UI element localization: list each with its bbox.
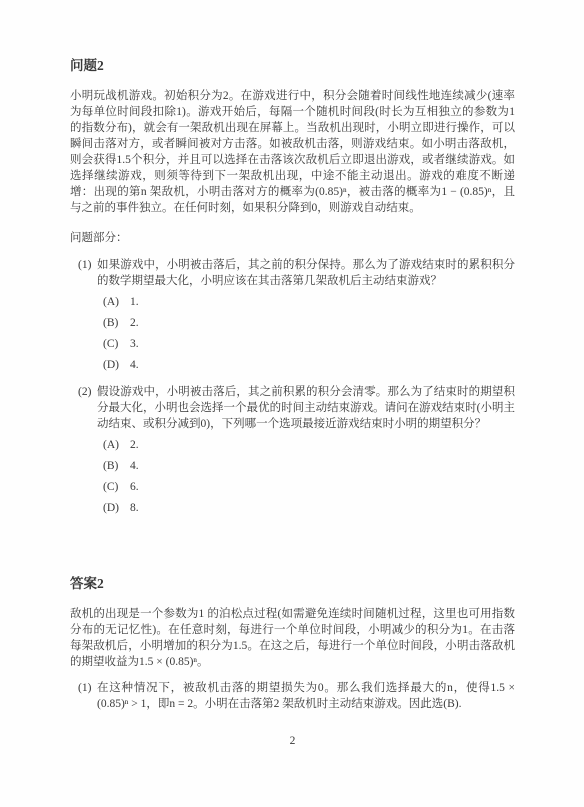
answer-item-1-text: 在这种情况下，被敌机击落的期望损失为0。那么我们选择最大的n，使得1.5 × (… [97, 680, 515, 712]
option-label: (C) [103, 479, 125, 495]
option-label: (C) [103, 336, 125, 352]
question-2-number: (2) [78, 384, 97, 432]
option-value: 2. [130, 437, 139, 453]
option-row: (A) 2. [70, 437, 515, 453]
question-1: (1) 如果游戏中，小明被击落后，其之前的积分保持。那么为了游戏结束时的累积积分… [70, 257, 515, 289]
option-label: (A) [103, 294, 125, 310]
option-value: 6. [130, 479, 139, 495]
answer-item-1: (1) 在这种情况下，被敌机击落的期望损失为0。那么我们选择最大的n，使得1.5… [70, 680, 515, 712]
answer-intro: 敌机的出现是一个参数为1 的泊松点过程(如需避免连续时间随机过程，这里也可用指数… [70, 606, 515, 670]
problem-title: 问题2 [70, 58, 515, 74]
option-value: 1. [130, 294, 139, 310]
option-value: 4. [130, 357, 139, 373]
question-1-number: (1) [78, 257, 97, 289]
option-row: (A) 1. [70, 294, 515, 310]
option-row: (C) 3. [70, 336, 515, 352]
question-1-options: (A) 1. (B) 2. (C) 3. (D) 4. [70, 294, 515, 373]
option-label: (D) [103, 357, 125, 373]
option-row: (D) 4. [70, 357, 515, 373]
option-row: (B) 2. [70, 315, 515, 331]
question-2-options: (A) 2. (B) 4. (C) 6. (D) 8. [70, 437, 515, 516]
option-label: (B) [103, 315, 125, 331]
problem-intro: 小明玩战机游戏。初始积分为2。在游戏进行中，积分会随着时间线性地连续减少(速率为… [70, 88, 515, 216]
option-value: 2. [130, 315, 139, 331]
option-row: (B) 4. [70, 458, 515, 474]
option-label: (B) [103, 458, 125, 474]
question-2-text: 假设游戏中，小明被击落后，其之前积累的积分会清零。那么为了结束时的期望积分最大化… [97, 384, 515, 432]
option-row: (C) 6. [70, 479, 515, 495]
option-row: (D) 8. [70, 500, 515, 516]
document-page: 问题2 小明玩战机游戏。初始积分为2。在游戏进行中，积分会随着时间线性地连续减少… [0, 0, 584, 807]
option-label: (A) [103, 437, 125, 453]
question-1-text: 如果游戏中，小明被击落后，其之前的积分保持。那么为了游戏结束时的累积积分的数学期… [97, 257, 515, 289]
page-number: 2 [70, 733, 515, 749]
answer-item-1-number: (1) [78, 680, 97, 712]
question-section-label: 问题部分： [70, 230, 515, 246]
option-value: 8. [130, 500, 139, 516]
option-value: 4. [130, 458, 139, 474]
option-value: 3. [130, 336, 139, 352]
option-label: (D) [103, 500, 125, 516]
question-2: (2) 假设游戏中，小明被击落后，其之前积累的积分会清零。那么为了结束时的期望积… [70, 384, 515, 432]
answer-title: 答案2 [70, 576, 515, 592]
